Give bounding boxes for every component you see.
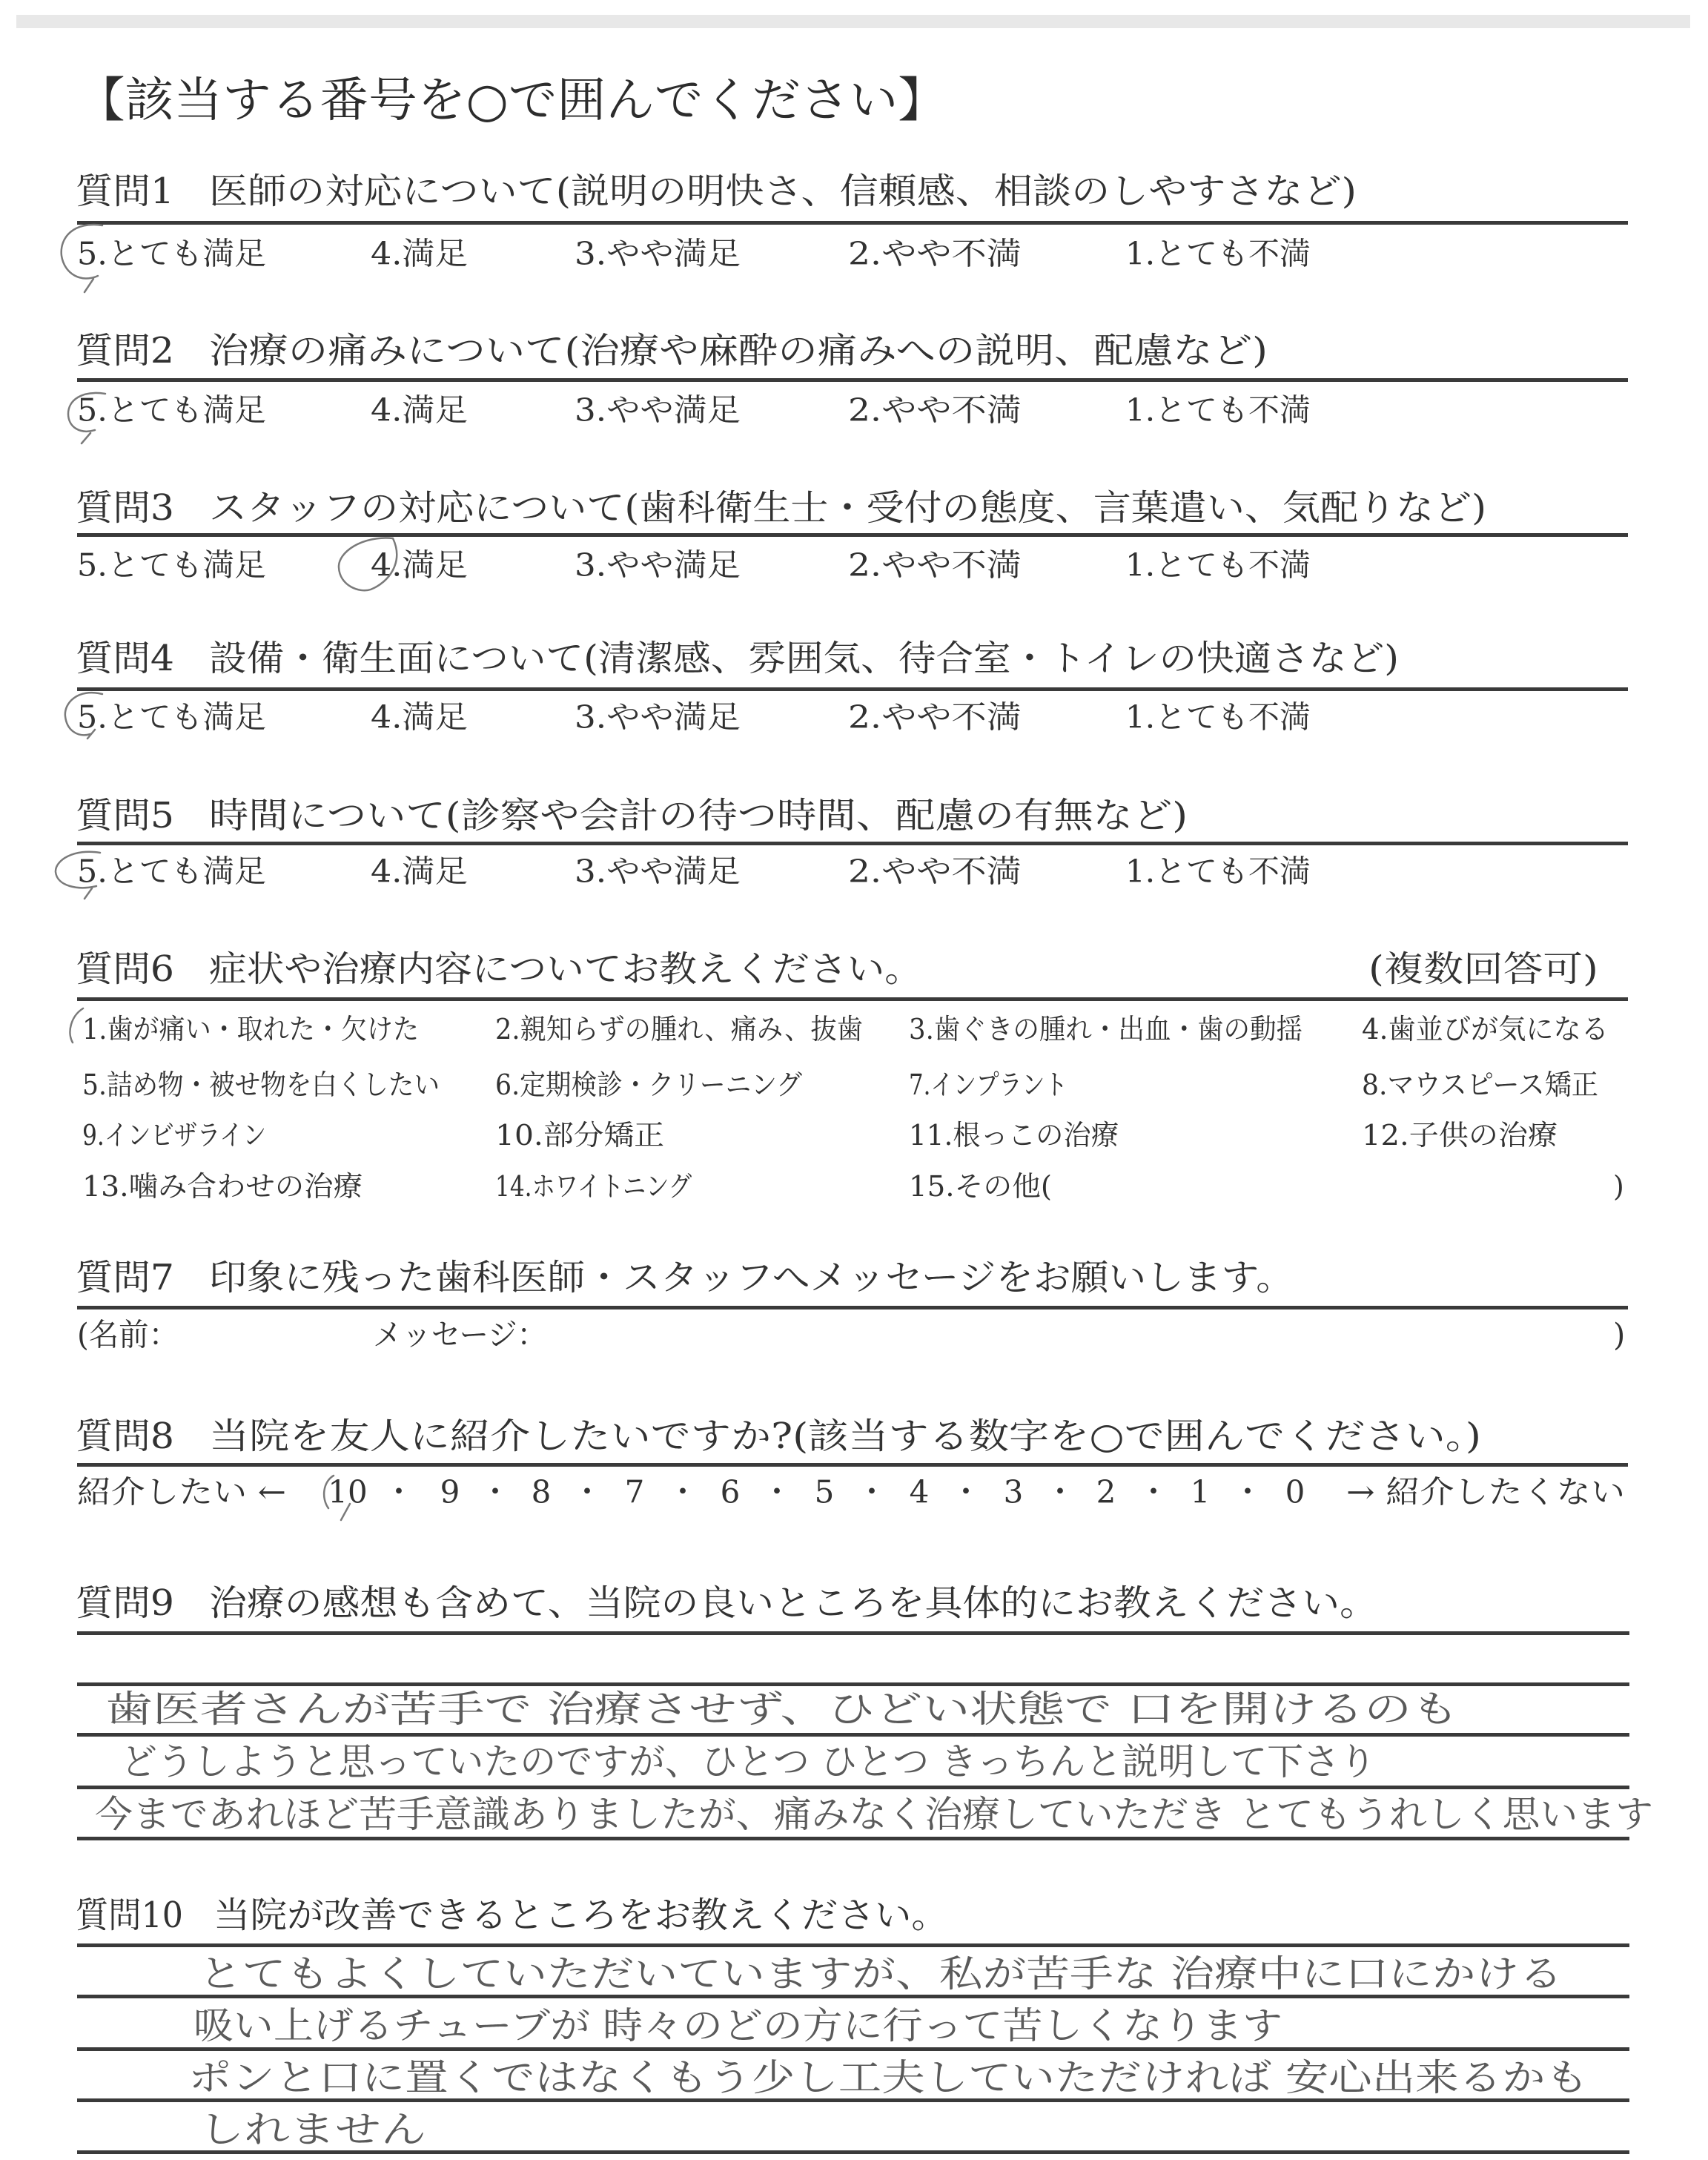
question-text: 設備・衛生面について(清潔感、雰囲気、待合室・トイレの快適さなど) xyxy=(209,638,1399,679)
handwritten-answer-line: とてもよくしていただいていますが、私が苦手な 治療中に口にかける xyxy=(199,1952,1563,1995)
symptom-item-2: 2.親知らずの腫れ、痛み、抜歯 xyxy=(495,1013,863,1046)
symptom-item-9: 9.インビザライン xyxy=(82,1119,266,1152)
scale-4: 4 xyxy=(910,1474,930,1510)
multiple-answers-note: (複数回答可) xyxy=(1368,948,1598,990)
question-label: 質問3 xyxy=(76,487,174,529)
option-1: 1.とても不満 xyxy=(1125,236,1311,272)
scale-2: 2 xyxy=(1096,1474,1116,1510)
question-text: 当院を友人に紹介したいですか?(該当する数字を○で囲んでください。) xyxy=(209,1416,1481,1457)
option-2: 2.やや不満 xyxy=(848,547,1022,584)
question-1: 質問1 医師の対応について(説明の明快さ、信頼感、相談のしやすさなど) 5.とて… xyxy=(62,171,1628,292)
scale-separator: ・ xyxy=(1138,1474,1169,1510)
scale-1: 1 xyxy=(1191,1474,1211,1510)
symptom-item-4: 4.歯並びが気になる xyxy=(1362,1013,1609,1046)
heading-rule xyxy=(77,1463,1628,1467)
scale-10: 10 xyxy=(328,1474,367,1510)
option-2: 2.やや不満 xyxy=(848,853,1022,890)
answer-line xyxy=(77,1682,1629,1686)
scale-5: 5 xyxy=(815,1474,835,1510)
question-2: 質問2 治療の痛みについて(治療や麻酔の痛みへの説明、配慮など) 5.とても満足… xyxy=(68,330,1628,443)
heading-rule xyxy=(77,533,1628,537)
question-label: 質問2 xyxy=(76,330,174,371)
scale-7: 7 xyxy=(625,1474,645,1510)
question-7: 質問7 印象に残った歯科医師・スタッフへメッセージをお願いします。 (名前： メ… xyxy=(76,1257,1628,1353)
handwritten-answer-line: 歯医者さんが苦手で 治療させず、ひどい状態で 口を開けるのも xyxy=(105,1688,1459,1731)
question-text: 医師の対応について(説明の明快さ、信頼感、相談のしやすさなど) xyxy=(209,171,1357,212)
handwritten-answer-line: しれません xyxy=(199,2108,426,2151)
scale-separator: ・ xyxy=(480,1474,511,1510)
question-label: 質問7 xyxy=(76,1257,174,1298)
heading-rule xyxy=(77,1943,1629,1947)
question-5: 質問5 時間について(診察や会計の待つ時間、配慮の有無など) 5.とても満足 4… xyxy=(56,795,1628,899)
scale-separator: ・ xyxy=(572,1474,603,1510)
symptom-item-15-other: 15.その他( xyxy=(909,1170,1052,1203)
scale-separator: ・ xyxy=(383,1474,414,1510)
option-2: 2.やや不満 xyxy=(848,236,1022,272)
symptom-item-1: 1.歯が痛い・取れた・欠けた xyxy=(82,1013,419,1046)
option-5: 5.とても満足 xyxy=(77,547,266,584)
heading-rule xyxy=(77,687,1628,691)
question-text: 時間について(診察や会計の待つ時間、配慮の有無など) xyxy=(209,795,1188,836)
answer-line xyxy=(77,1786,1629,1789)
question-label: 質問1 xyxy=(76,171,174,212)
question-label: 質問8 xyxy=(76,1416,174,1457)
option-5: 5.とても満足 xyxy=(77,236,266,272)
message-label: メッセージ： xyxy=(373,1317,546,1353)
heading-rule xyxy=(77,378,1628,382)
symptom-item-13: 13.噛み合わせの治療 xyxy=(82,1170,363,1203)
question-8: 質問8 当院を友人に紹介したいですか?(該当する数字を○で囲んでください。) 紹… xyxy=(76,1416,1628,1520)
question-label: 質問4 xyxy=(76,638,174,679)
question-text: スタッフの対応について(歯科衛生士・受付の態度、言葉遣い、気配りなど) xyxy=(209,487,1486,529)
heading-rule xyxy=(77,221,1628,225)
option-3: 3.やや満足 xyxy=(575,699,741,736)
handwritten-answer-line: どうしようと思っていたのですが、ひとつ ひとつ きっちんと説明して下さり xyxy=(121,1740,1376,1783)
scale-3: 3 xyxy=(1004,1474,1024,1510)
option-3: 3.やや満足 xyxy=(575,853,741,890)
recommend-left-label: 紹介したい ← xyxy=(77,1474,286,1510)
symptom-item-6: 6.定期検診・クリーニング xyxy=(495,1069,802,1101)
question-4: 質問4 設備・衛生面について(清潔感、雰囲気、待合室・トイレの快適さなど) 5.… xyxy=(65,638,1628,739)
question-text: 印象に残った歯科医師・スタッフへメッセージをお願いします。 xyxy=(209,1257,1294,1298)
scale-separator: ・ xyxy=(950,1474,982,1510)
option-4: 4.満足 xyxy=(371,853,468,890)
answer-line xyxy=(77,2047,1629,2051)
answer-line xyxy=(77,1837,1629,1840)
option-5: 5.とても満足 xyxy=(77,853,266,890)
question-label: 質問10 xyxy=(76,1895,183,1936)
question-10: 質問10 当院が改善できるところをお教えください。 とてもよくしていただいていま… xyxy=(76,1895,1629,2154)
option-1: 1.とても不満 xyxy=(1125,699,1311,736)
heading-rule xyxy=(77,1306,1628,1309)
handwritten-answer-line: 吸い上げるチューブが 時々のどの方に行って苦しくなります xyxy=(193,2004,1282,2047)
option-2: 2.やや不満 xyxy=(848,392,1022,429)
symptom-item-8: 8.マウスピース矯正 xyxy=(1362,1069,1598,1101)
question-text: 当院が改善できるところをお教えください。 xyxy=(213,1895,948,1936)
option-1: 1.とても不満 xyxy=(1125,853,1311,890)
option-3: 3.やや満足 xyxy=(575,547,741,584)
option-1: 1.とても不満 xyxy=(1125,392,1311,429)
name-label: (名前： xyxy=(77,1317,179,1353)
scale-9: 9 xyxy=(440,1474,460,1510)
question-text: 症状や治療内容についてお教えください。 xyxy=(209,948,922,990)
heading-rule xyxy=(77,1631,1629,1635)
scan-edge-bar xyxy=(16,15,1690,28)
option-2: 2.やや不満 xyxy=(848,699,1022,736)
option-5: 5.とても満足 xyxy=(77,699,266,736)
option-5: 5.とても満足 xyxy=(77,392,266,429)
answer-line xyxy=(77,1733,1629,1737)
option-3: 3.やや満足 xyxy=(575,236,741,272)
symptom-item-11: 11.根っこの治療 xyxy=(909,1119,1119,1152)
symptom-item-10: 10.部分矯正 xyxy=(495,1119,664,1152)
question-label: 質問9 xyxy=(76,1582,174,1624)
option-4: 4.満足 xyxy=(371,699,468,736)
heading-rule xyxy=(77,997,1628,1001)
symptom-item-14: 14.ホワイトニング xyxy=(495,1170,692,1203)
page-title: 【該当する番号を○で囲んでください】 xyxy=(76,73,947,128)
question-9: 質問9 治療の感想も含めて、当院の良いところを具体的にお教えください。 歯医者さ… xyxy=(76,1582,1653,1840)
scale-separator: ・ xyxy=(1045,1474,1076,1510)
scale-8: 8 xyxy=(532,1474,552,1510)
scale-separator: ・ xyxy=(856,1474,887,1510)
symptom-item-5: 5.詰め物・被せ物を白くしたい xyxy=(82,1069,440,1101)
question-text: 治療の痛みについて(治療や麻酔の痛みへの説明、配慮など) xyxy=(209,330,1268,371)
handwritten-circle-mark xyxy=(70,1008,83,1043)
question-label: 質問5 xyxy=(76,795,174,836)
option-3: 3.やや満足 xyxy=(575,392,741,429)
question-label: 質問6 xyxy=(76,948,174,990)
handwritten-answer-line: ポンと口に置くではなくもう少し工夫していただければ 安心出来るかも xyxy=(188,2056,1589,2099)
option-4: 4.満足 xyxy=(371,547,468,584)
symptom-item-3: 3.歯ぐきの腫れ・出血・歯の動揺 xyxy=(909,1013,1302,1046)
scale-separator: ・ xyxy=(1232,1474,1263,1510)
other-close-paren: ) xyxy=(1613,1170,1624,1203)
handwritten-answer-line: 今まであれほど苦手意識ありましたが、痛みなく治療していただき とてもうれしく思い… xyxy=(95,1793,1653,1836)
question-text: 治療の感想も含めて、当院の良いところを具体的にお教えください。 xyxy=(209,1582,1377,1624)
symptom-item-12: 12.子供の治療 xyxy=(1362,1119,1558,1152)
option-1: 1.とても不満 xyxy=(1125,547,1311,584)
scale-separator: ・ xyxy=(667,1474,698,1510)
heading-rule xyxy=(77,842,1628,845)
survey-page: 【該当する番号を○で囲んでください】 質問1 医師の対応について(説明の明快さ、… xyxy=(0,0,1708,2160)
question-3: 質問3 スタッフの対応について(歯科衛生士・受付の態度、言葉遣い、気配りなど) … xyxy=(76,487,1628,590)
close-paren: ) xyxy=(1613,1317,1625,1353)
scale-separator: ・ xyxy=(761,1474,792,1510)
option-4: 4.満足 xyxy=(371,236,468,272)
scale-6: 6 xyxy=(721,1474,741,1510)
question-6: 質問6 症状や治療内容についてお教えください。 (複数回答可) 1.歯が痛い・取… xyxy=(70,948,1628,1203)
scale-0: 0 xyxy=(1285,1474,1305,1510)
symptom-item-7: 7.インプラント xyxy=(909,1069,1067,1101)
option-4: 4.満足 xyxy=(371,392,468,429)
recommend-right-label: → 紹介したくない xyxy=(1346,1474,1625,1510)
